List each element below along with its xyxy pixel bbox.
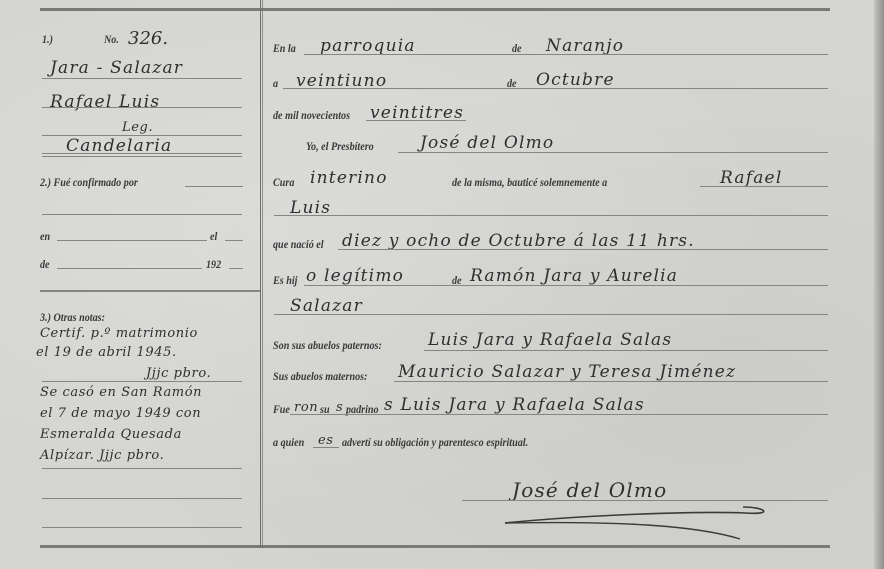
confirmation-year-line [229,268,243,269]
line5-value-b: Rafael [720,168,782,188]
line3-label: de mil novecientos [273,110,350,122]
line1-label-a: En la [273,43,296,55]
confirmation-de-label: de [40,259,50,271]
notes-label: 3.) Otras notas: [40,312,105,324]
line7-rule [338,249,828,250]
notes-rule-3 [42,498,242,499]
place-line [42,153,242,154]
line12-label-a: Fue [273,404,290,416]
legitimacy: Leg. [122,120,153,135]
line11-value: Mauricio Salazar y Teresa Jiménez [398,362,736,382]
line13-label-a: a quien [273,437,304,449]
notes-rule-2 [42,468,242,469]
line13-value-a: es [318,433,334,448]
surnames-line [42,78,242,79]
line1-rule [304,54,828,55]
line3-rule [366,120,466,121]
line1-value-a: parroquia [320,36,416,56]
line1-value-b: Naranjo [546,36,624,56]
line9-rule [274,314,828,315]
notes-line-7: Alpízar. Jjjc pbro. [40,448,164,463]
notes-line-1: Certif. p.º matrimonio [40,326,198,341]
line10-value: Luis Jara y Rafaela Salas [428,330,672,350]
baptism-record-page: 1.) No. 326. Jara - Salazar Rafael Luis … [0,0,884,569]
notes-line-5: el 7 de mayo 1949 con [40,406,201,421]
column-divider-inner [262,0,263,548]
bottom-rule [40,545,830,548]
line5-label-b: de la misma, bauticé solemnemente a [452,177,607,189]
line2-value-b: Octubre [536,70,615,90]
confirmation-en-line [57,240,207,241]
line8-rule [304,285,828,286]
column-divider [260,0,261,548]
line11-label: Sus abuelos maternos: [273,371,367,383]
confirmation-label: 2.) Fué confirmado por [40,177,138,189]
line12-value-a: ron [294,400,318,415]
line11-rule [394,381,828,382]
line2-label-a: a [273,78,278,90]
confirmation-en-label: en [40,231,50,243]
confirmation-el-label: el [210,231,217,243]
line8-label-a: Es hij [273,275,297,287]
line5-label-a: Cura [273,177,294,189]
confirmation-line-2 [42,214,242,215]
notes-line-6: Esmeralda Quesada [40,427,182,442]
confirmation-by-line [185,186,243,187]
confirmation-de-line [57,268,202,269]
notes-line-2: el 19 de abril 1945. [36,345,177,360]
line8-value-a: o legítimo [306,266,404,286]
line2-rule [283,88,828,89]
line4-label: Yo, el Presbítero [306,141,374,153]
notes-rule-1 [42,381,242,382]
signature-line [462,500,828,501]
notes-line-3: Jjjc pbro. [146,366,211,381]
line8-value-b: Ramón Jara y Aurelia [470,266,678,286]
line9-value: Salazar [290,296,363,316]
priest-signature: José del Olmo [512,478,667,502]
notes-line-4: Se casó en San Ramón [40,385,202,400]
given-names-line [42,107,242,108]
line5-value-a: interino [310,168,388,188]
given-names: Rafael Luis [50,92,160,112]
entry-index: 1.) [42,34,53,46]
confirmation-bottom-line [40,290,260,292]
line4-value: José del Olmo [420,133,554,153]
place-line-b [42,156,242,157]
confirmation-year-prefix: 192 [206,259,221,271]
signature-flourish-icon [495,505,795,545]
record-number: 326. [128,28,168,49]
line5-rule [700,186,828,187]
line12-rule [290,414,828,415]
surnames: Jara - Salazar [50,58,183,78]
line10-rule [424,350,828,351]
page-edge [874,0,884,569]
line7-value: diez y ocho de Octubre á las 11 hrs. [342,231,695,251]
line6-rule [274,215,828,216]
line7-label: que nació el [273,239,324,251]
number-label: No. [104,34,119,46]
line13-rule [313,447,339,448]
line12-value-b: s [336,400,343,415]
line13-label-b: advertí su obligación y parentesco espir… [342,437,528,449]
notes-rule-4 [42,527,242,528]
line12-value-c: s Luis Jara y Rafaela Salas [384,395,645,415]
line10-label: Son sus abuelos paternos: [273,340,382,352]
confirmation-el-line [225,240,243,241]
top-rule [40,8,830,11]
line4-rule [398,152,828,153]
